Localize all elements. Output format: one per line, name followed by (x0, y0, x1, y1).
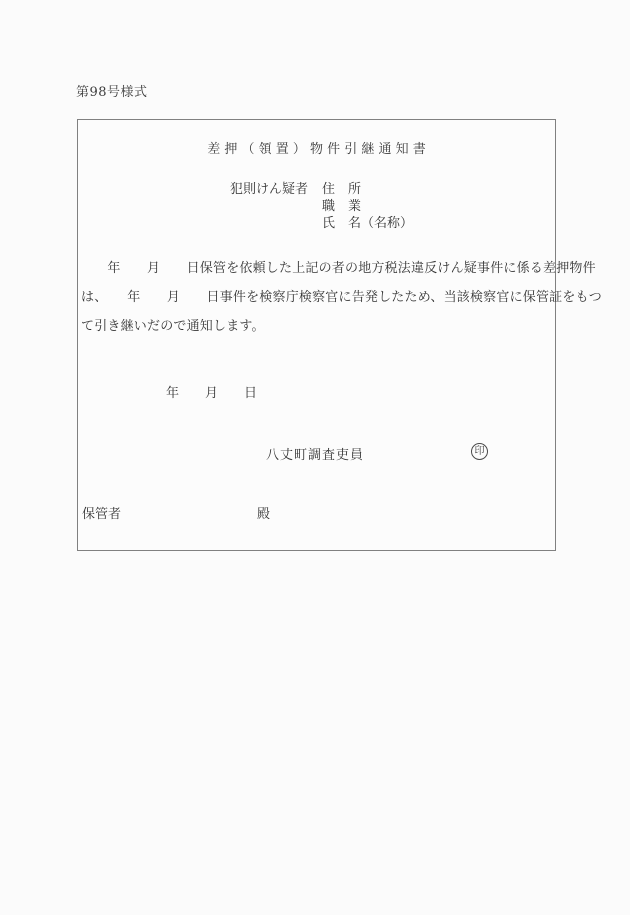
seal-character: 印 (475, 447, 485, 457)
document-page: 第98号様式 差 押 （ 領 置 ） 物 件 引 継 通 知 書 犯則けん疑者 … (0, 0, 630, 915)
suspect-label: 犯則けん疑者 (230, 181, 308, 198)
document-title: 差 押 （ 領 置 ） 物 件 引 継 通 知 書 (78, 138, 555, 157)
seal-mark-icon: 印 (471, 443, 488, 460)
suspect-field-name: 氏 名（名称） (322, 215, 413, 232)
body-line-2: は、 年 月 日事件を検察庁検察官に告発したため、当該検察官に保管証をもつ (81, 283, 553, 312)
body-line-1: 年 月 日保管を依頼した上記の者の地方税法違反けん疑事件に係る差押物件 (81, 254, 553, 283)
recipient-honorific: 殿 (257, 503, 270, 522)
recipient-label: 保管者 (82, 507, 121, 522)
recipient-line: 保管者 殿 (82, 503, 559, 522)
body-line-3: て引き継いだので通知します。 (81, 312, 553, 341)
suspect-section: 犯則けん疑者 住 所 職 業 氏 名（名称） (230, 181, 413, 232)
form-number-label: 第98号様式 (76, 81, 148, 100)
suspect-field-occupation: 職 業 (322, 198, 413, 215)
body-paragraph: 年 月 日保管を依頼した上記の者の地方税法違反けん疑事件に係る差押物件 は、 年… (81, 254, 553, 341)
date-line: 年 月 日 (166, 382, 257, 401)
document-frame: 差 押 （ 領 置 ） 物 件 引 継 通 知 書 犯則けん疑者 住 所 職 業… (77, 119, 556, 551)
issuer-name: 八丈町調査吏員 (266, 444, 364, 463)
suspect-fields: 住 所 職 業 氏 名（名称） (322, 181, 413, 232)
suspect-field-address: 住 所 (322, 181, 413, 198)
